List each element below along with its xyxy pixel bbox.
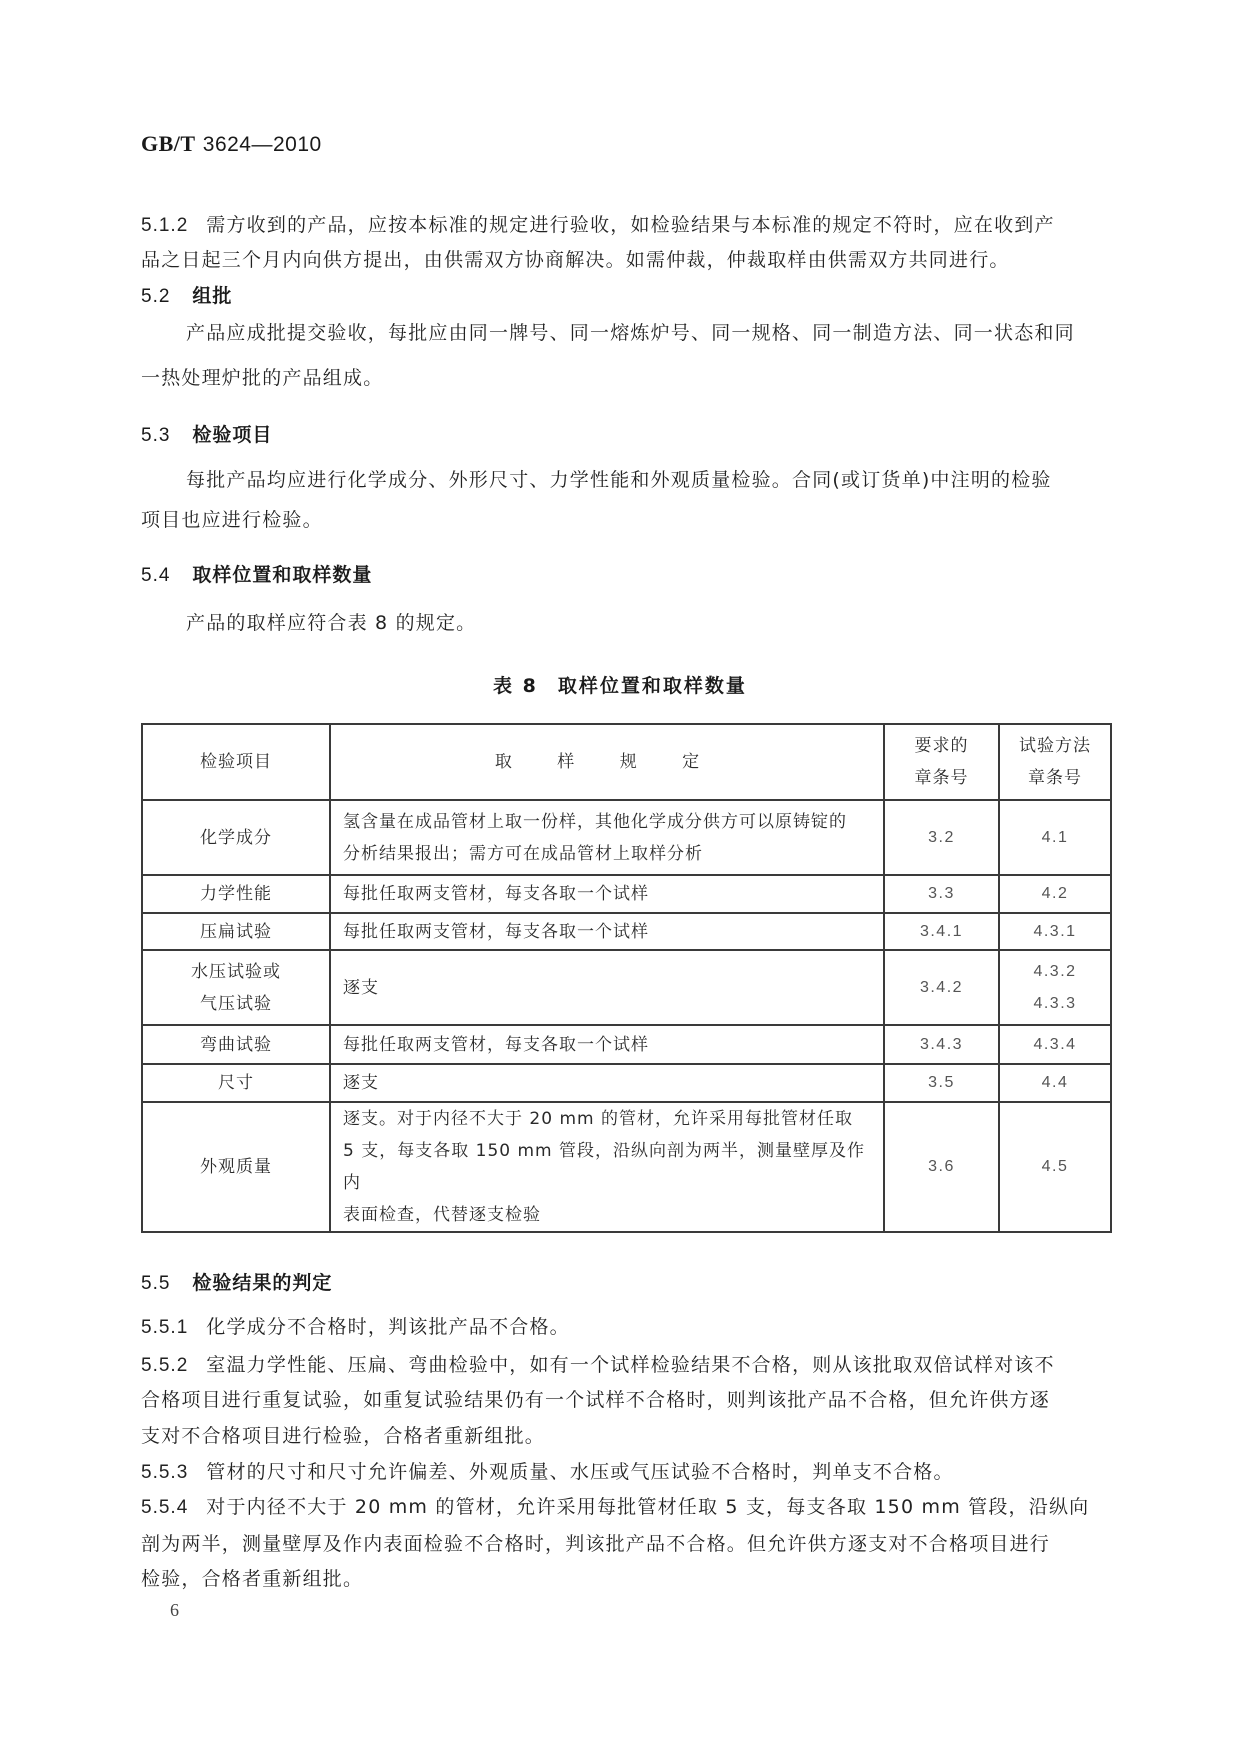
section-heading-5-3: 5.3检验项目 [141, 420, 272, 447]
cell-req: 3.4.3 [884, 1025, 999, 1064]
table-row: 外观质量 逐支。对于内径不大于 20 mm 的管材，允许采用每批管材任取 5 支… [142, 1102, 1111, 1232]
clause-number: 5.3 [141, 425, 170, 446]
header-req-clause: 要求的 章条号 [884, 724, 999, 800]
cell-rule: 逐支。对于内径不大于 20 mm 的管材，允许采用每批管材任取 5 支，每支各取… [330, 1102, 884, 1232]
cell-item: 力学性能 [142, 875, 330, 913]
cell-method: 4.1 [999, 800, 1111, 875]
cell-rule: 逐支 [330, 1064, 884, 1102]
header-rule: 取 样 规 定 [330, 724, 884, 800]
standard-header: GB/T 3624—2010 [141, 131, 322, 157]
section-5-4-line-1: 产品的取样应符合表 8 的规定。 [186, 611, 476, 635]
clause-5-5-3: 5.5.3管材的尺寸和尺寸允许偏差、外观质量、水压或气压试验不合格时，判单支不合… [141, 1460, 954, 1485]
clause-number: 5.5.3 [141, 1462, 188, 1483]
clause-number: 5.4 [141, 565, 170, 586]
cell-method: 4.3.2 4.3.3 [999, 950, 1111, 1025]
table-header-row: 检验项目 取 样 规 定 要求的 章条号 试验方法 章条号 [142, 724, 1111, 800]
clause-5-1-2-line-1: 5.1.2需方收到的产品，应按本标准的规定进行验收，如检验结果与本标准的规定不符… [141, 213, 1055, 238]
cell-req: 3.5 [884, 1064, 999, 1102]
section-5-3-line-2: 项目也应进行检验。 [141, 508, 323, 532]
standard-number: 3624—2010 [203, 133, 322, 156]
cell-rule: 逐支 [330, 950, 884, 1025]
clause-5-5-1: 5.5.1化学成分不合格时，判该批产品不合格。 [141, 1315, 570, 1340]
sampling-table: 检验项目 取 样 规 定 要求的 章条号 试验方法 章条号 化学成分 氢含量在成… [141, 723, 1112, 1233]
table-row: 弯曲试验 每批任取两支管材，每支各取一个试样 3.4.3 4.3.4 [142, 1025, 1111, 1064]
clause-5-5-2-line-2: 合格项目进行重复试验，如重复试验结果仍有一个试样不合格时，则判该批产品不合格，但… [141, 1388, 1050, 1412]
table-row: 尺寸 逐支 3.5 4.4 [142, 1064, 1111, 1102]
clause-number: 5.5.2 [141, 1355, 188, 1376]
paragraph-text: 需方收到的产品，应按本标准的规定进行验收，如检验结果与本标准的规定不符时，应在收… [206, 214, 1054, 236]
standard-prefix: GB/T [141, 131, 196, 156]
cell-item: 尺寸 [142, 1064, 330, 1102]
cell-item: 外观质量 [142, 1102, 330, 1232]
cell-req: 3.2 [884, 800, 999, 875]
clause-5-1-2-line-2: 品之日起三个月内向供方提出，由供需双方协商解决。如需仲裁，仲裁取样由供需双方共同… [141, 248, 1010, 272]
clause-number: 5.5 [141, 1273, 170, 1294]
section-5-2-line-2: 一热处理炉批的产品组成。 [141, 366, 383, 390]
section-heading-5-2: 5.2组批 [141, 281, 232, 308]
cell-item: 压扁试验 [142, 913, 330, 950]
table-row: 力学性能 每批任取两支管材，每支各取一个试样 3.3 4.2 [142, 875, 1111, 913]
section-title: 组批 [192, 285, 232, 307]
table-title: 取样位置和取样数量 [558, 675, 747, 697]
cell-req: 3.3 [884, 875, 999, 913]
table-row: 水压试验或 气压试验 逐支 3.4.2 4.3.2 4.3.3 [142, 950, 1111, 1025]
cell-req: 3.4.2 [884, 950, 999, 1025]
cell-rule: 每批任取两支管材，每支各取一个试样 [330, 1025, 884, 1064]
cell-method: 4.3.1 [999, 913, 1111, 950]
clause-5-5-4-line-2: 剖为两半，测量壁厚及作内表面检验不合格时，判该批产品不合格。但允许供方逐支对不合… [141, 1532, 1050, 1556]
clause-5-5-2-line-1: 5.5.2室温力学性能、压扁、弯曲检验中，如有一个试样检验结果不合格，则从该批取… [141, 1353, 1055, 1378]
cell-item: 化学成分 [142, 800, 330, 875]
section-title: 取样位置和取样数量 [192, 564, 372, 586]
table-row: 压扁试验 每批任取两支管材，每支各取一个试样 3.4.1 4.3.1 [142, 913, 1111, 950]
clause-number: 5.5.1 [141, 1317, 188, 1338]
clause-5-5-4-line-3: 检验，合格者重新组批。 [141, 1567, 363, 1591]
cell-method: 4.2 [999, 875, 1111, 913]
section-heading-5-4: 5.4取样位置和取样数量 [141, 560, 372, 587]
clause-5-5-4-line-1: 5.5.4对于内径不大于 20 mm 的管材，允许采用每批管材任取 5 支，每支… [141, 1495, 1089, 1520]
cell-rule: 每批任取两支管材，每支各取一个试样 [330, 913, 884, 950]
cell-method: 4.4 [999, 1064, 1111, 1102]
cell-req: 3.4.1 [884, 913, 999, 950]
cell-req: 3.6 [884, 1102, 999, 1232]
clause-number: 5.5.4 [141, 1497, 188, 1518]
section-heading-5-5: 5.5检验结果的判定 [141, 1268, 332, 1295]
cell-item: 弯曲试验 [142, 1025, 330, 1064]
section-5-2-line-1: 产品应成批提交验收，每批应由同一牌号、同一熔炼炉号、同一规格、同一制造方法、同一… [186, 321, 1075, 345]
cell-rule: 氢含量在成品管材上取一份样，其他化学成分供方可以原铸锭的 分析结果报出；需方可在… [330, 800, 884, 875]
section-5-3-line-1: 每批产品均应进行化学成分、外形尺寸、力学性能和外观质量检验。合同(或订货单)中注… [186, 468, 1052, 492]
table-caption: 表 8取样位置和取样数量 [493, 671, 747, 698]
table-number: 表 8 [493, 675, 538, 697]
table-row: 化学成分 氢含量在成品管材上取一份样，其他化学成分供方可以原铸锭的 分析结果报出… [142, 800, 1111, 875]
cell-rule: 每批任取两支管材，每支各取一个试样 [330, 875, 884, 913]
cell-method: 4.3.4 [999, 1025, 1111, 1064]
cell-item: 水压试验或 气压试验 [142, 950, 330, 1025]
cell-method: 4.5 [999, 1102, 1111, 1232]
page-number: 6 [170, 1600, 179, 1621]
section-title: 检验结果的判定 [192, 1272, 332, 1294]
section-title: 检验项目 [192, 424, 272, 446]
clause-number: 5.2 [141, 286, 170, 307]
clause-5-5-2-line-3: 支对不合格项目进行检验，合格者重新组批。 [141, 1424, 545, 1448]
header-method-clause: 试验方法 章条号 [999, 724, 1111, 800]
clause-number: 5.1.2 [141, 215, 188, 236]
header-item: 检验项目 [142, 724, 330, 800]
